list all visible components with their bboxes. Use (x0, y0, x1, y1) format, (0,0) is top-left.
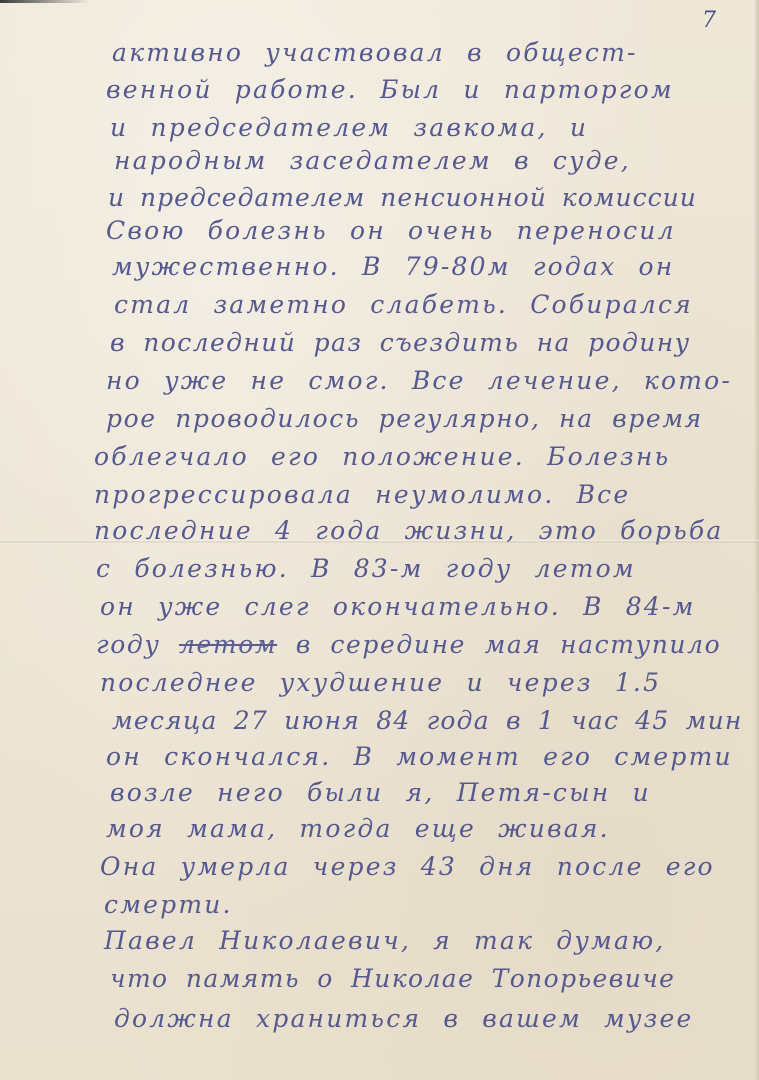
handwritten-line: рое проводилось регулярно, на время (106, 404, 703, 433)
handwritten-line: последние 4 года жизни, это борьба (94, 516, 723, 545)
handwritten-line: прогрессировала неумолимо. Все (94, 480, 630, 509)
handwritten-line: облегчало его положение. Болезнь (94, 442, 670, 471)
handwritten-line: должна храниться в вашем музее (114, 1004, 694, 1033)
handwritten-line: народным заседателем в суде, (114, 146, 631, 175)
handwritten-line: и председателем завкома, и (110, 113, 588, 142)
handwritten-line: стал заметно слабеть. Собирался (114, 290, 693, 319)
handwritten-line: венной работе. Был и парторгом (106, 75, 674, 104)
page-number: 7 (702, 8, 716, 33)
handwritten-line: смерти. (104, 890, 233, 919)
handwritten-line: Она умерла через 43 дня после его (100, 852, 715, 881)
scan-edge-shadow (0, 0, 90, 3)
handwritten-line: активно участвовал в общест- (112, 38, 638, 67)
handwritten-line: с болезнью. В 83-м году летом (96, 554, 636, 583)
handwritten-line: последнее ухудшение и через 1.5 (100, 668, 661, 697)
handwritten-line: он уже слег окончательно. В 84-м (100, 592, 696, 621)
handwritten-line: месяца 27 июня 84 года в 1 час 45 мин (112, 706, 743, 735)
handwritten-line: в последний раз съездить на родину (110, 328, 691, 357)
handwritten-line: но уже не смог. Все лечение, кото- (106, 366, 732, 395)
struck-through-word: летом (179, 630, 277, 659)
handwritten-line: Свою болезнь он очень переносил (106, 216, 676, 245)
letter-page: 7 активно участвовал в общест- венной ра… (0, 0, 759, 1080)
handwritten-line: моя мама, тогда еще живая. (106, 814, 610, 843)
handwritten-line: Павел Николаевич, я так думаю, (104, 926, 665, 955)
handwritten-line: что память о Николае Топорьевиче (110, 964, 675, 993)
handwritten-line: и председателем пенсионной комиссии (108, 183, 697, 212)
handwritten-line: мужественно. В 79-80м годах он (112, 252, 674, 281)
handwritten-line: году летом в середине мая наступило (96, 630, 721, 659)
handwritten-line: возле него были я, Петя-сын и (110, 778, 651, 807)
line-text: в середине мая наступило (277, 630, 721, 659)
handwritten-line: он скончался. В момент его смерти (106, 742, 733, 771)
line-text: году (96, 630, 179, 659)
